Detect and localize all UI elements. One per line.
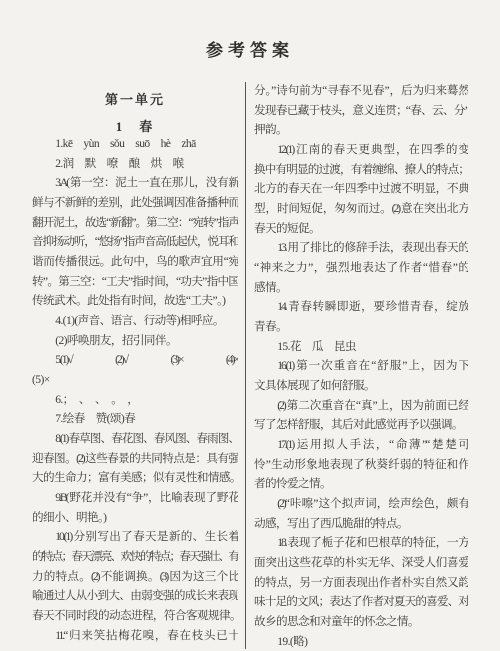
- answer-line: 的细小、明艳。): [32, 508, 238, 528]
- answer-line: 文具体展现了如何舒服。: [254, 376, 468, 396]
- answer-line: 大的生命力；富有美感；似有灵性和情感。: [32, 468, 238, 488]
- page-title: 参考答案: [0, 36, 500, 61]
- answer-line: 翻开泥土，故选“新翻”。第二空：“宛转”指声: [32, 213, 238, 233]
- answer-line: 北方的春天在一年四季中过渡不明显，不典: [254, 179, 468, 199]
- answer-line: 5.(1)√ (2)√ (3)× (4)×: [32, 350, 238, 370]
- left-column: 1.kē yùn sǒu suō hè zhā2.润 默 嘹 酿 烘 喉3.A(…: [32, 134, 238, 645]
- answer-line: 2.润 默 嘹 酿 烘 喉: [32, 154, 238, 174]
- unit-heading: 第一单元: [32, 89, 238, 108]
- answer-line: 分。”诗句前为“寻春不见春”，后为归来蓦然: [254, 81, 468, 101]
- answer-line: 迎春图。(2)这些春景的共同特点是：具有强: [32, 449, 238, 469]
- answer-line: 面突出这些花草的朴实无华、深受人们喜爱: [254, 553, 468, 573]
- answer-line: (2)“咔嚓”这个拟声词，绘声绘色，颇有: [254, 494, 468, 514]
- answer-line: 者的怜爱之情。: [254, 474, 468, 494]
- answer-line: (2)呼唤朋友，招引同伴。: [32, 331, 238, 351]
- answer-line: 春天的短促。: [254, 219, 468, 239]
- answer-line: 谐而传播很远。此句中，鸟的歌声宜用“宛: [32, 252, 238, 272]
- answer-line: 故乡的思念和对童年的怀念之情。: [254, 612, 468, 632]
- answer-line: 10.(1)分别写出了春天是新的、生长着: [32, 527, 238, 547]
- answer-line: 押韵。: [254, 120, 468, 140]
- answer-line: 力的特点。(2)不能调换。(3)因为这三个比: [32, 567, 238, 587]
- answer-line: 喻通过人从小到大、由弱变强的成长来表现: [32, 586, 238, 606]
- answer-line: 的特点；春天漂亮、欢快的特点；春天强壮、有: [32, 547, 238, 567]
- answer-line: 的特点，另一方面表现出作者朴实自然又韵: [254, 573, 468, 593]
- answer-line: 19.(略): [254, 632, 468, 651]
- lesson-heading: 1 春: [32, 116, 238, 135]
- answer-line: 感情。: [254, 278, 468, 298]
- answer-line: 8.(1)春草图、春花图、春风图、春雨图、: [32, 429, 238, 449]
- answer-line: 14.青春转瞬即逝，要珍惜青春，绽放: [254, 297, 468, 317]
- answer-line: 青春。: [254, 317, 468, 337]
- answer-line: 春天不同时段的动态进程，符合客观规律。: [32, 606, 238, 626]
- answer-line: 11.“归来笑拈梅花嗅，春在枝头已十: [32, 626, 238, 646]
- answer-line: (2)第二次重音在“真”上，因为前面已经: [254, 396, 468, 416]
- answer-line: 17.(1)运用拟人手法，“命薄”“楚楚可: [254, 435, 468, 455]
- answer-line: 15.花 瓜 昆虫: [254, 337, 468, 357]
- right-column: 分。”诗句前为“寻春不见春”，后为归来蓦然发现春已藏于枝头，意义连贯；“春、云、…: [254, 81, 468, 651]
- answer-line: 6.； 、 、 。 ，: [32, 390, 238, 410]
- answer-line: 9.B(野花并没有“争”，比喻表现了野花: [32, 488, 238, 508]
- answer-line: 型，时间短促，匆匆而过。(2)意在突出北方: [254, 199, 468, 219]
- answers-page: 参考答案 第一单元 1 春 1.kē yùn sǒu suō hè zhā2.润…: [0, 0, 500, 651]
- answer-line: 传统武术。此处指有时间，故选“工夫”。): [32, 291, 238, 311]
- answer-line: 写了怎样舒服，其后对此感觉再予以强调。: [254, 415, 468, 435]
- answer-line: 怜”生动形象地表现了秋葵纤弱的特征和作: [254, 455, 468, 475]
- answer-line: “神来之力”，强烈地表达了作者“惜春”的: [254, 258, 468, 278]
- answer-line: 12.(1)江南的春天更典型，在四季的变: [254, 140, 468, 160]
- answer-line: 4.(1)(声音、语言、行动等)相呼应。: [32, 311, 238, 331]
- answer-line: 发现春已藏于枝头，意义连贯；“春、云、分”: [254, 101, 468, 121]
- column-divider: [245, 82, 246, 649]
- answer-line: 13.用了排比的修辞手法，表现出春天的: [254, 238, 468, 258]
- answer-line: 转”。第三空：“工夫”指时间，“功夫”指中国: [32, 272, 238, 292]
- answer-line: 1.kē yùn sǒu suō hè zhā: [32, 134, 238, 154]
- answer-line: 音抑扬动听，“悠扬”指声音高低起伏，悦耳和: [32, 232, 238, 252]
- answer-line: 换中有明显的过渡，有着缠绵、撩人的特点；: [254, 160, 468, 180]
- answer-line: 18.表现了栀子花和巴根草的特征，一方: [254, 533, 468, 553]
- answer-line: 7.绘春 赞(颂)春: [32, 409, 238, 429]
- answer-line: 鲜与不新鲜的差别，此处强调因准备播种而: [32, 193, 238, 213]
- answer-line: 3.A(第一空：泥土一直在那儿，没有新: [32, 173, 238, 193]
- answer-line: 味十足的文风；表达了作者对夏天的喜爱、对: [254, 592, 468, 612]
- answer-line: 动感，写出了西瓜脆甜的特点。: [254, 514, 468, 534]
- answer-line: 16.(1)第一次重音在“舒服”上，因为下: [254, 356, 468, 376]
- answer-line: (5)×: [32, 370, 238, 390]
